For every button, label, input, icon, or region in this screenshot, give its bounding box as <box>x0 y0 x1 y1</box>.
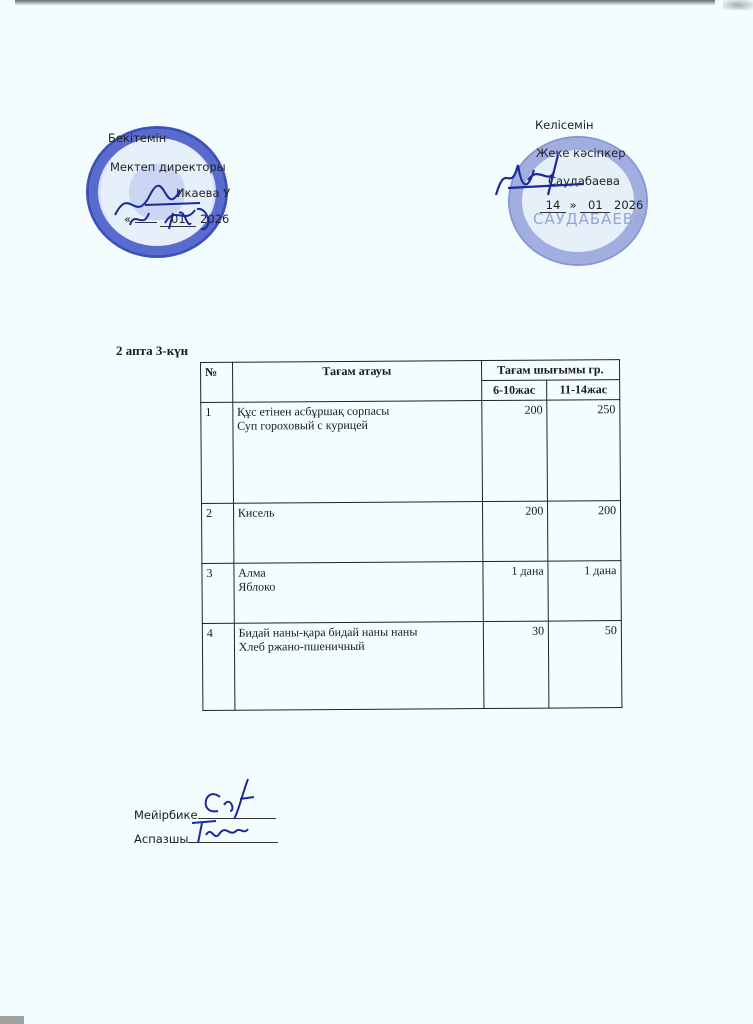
dish-name-ru: Суп гороховый с курицей <box>237 417 477 433</box>
date-day <box>135 222 157 223</box>
table-row: 4 Бидай наны-қара бидай наны наны Хлеб р… <box>202 621 622 711</box>
page-subtitle: 2 апта 3-күн <box>116 343 188 359</box>
approval-position: Мектеп директоры <box>110 160 226 174</box>
yield-6-10: 200 <box>482 501 548 561</box>
header-number: № <box>201 362 233 402</box>
yield-6-10: 30 <box>483 621 549 708</box>
menu-table: № Тағам атауы Тағам шығымы гр. 6-10жас 1… <box>200 359 622 711</box>
nurse-signature-row: Мейірбике <box>134 808 278 832</box>
dish-name-ru: Хлеб ржано-пшеничный <box>239 638 479 654</box>
date-day: 14 <box>540 198 566 213</box>
approval-title: Бекітемін <box>108 131 166 145</box>
header-age-6-10: 6-10жас <box>481 380 547 400</box>
scan-artifact <box>723 0 753 10</box>
scan-edge <box>15 0 715 5</box>
nurse-label: Мейірбике <box>134 808 198 822</box>
header-dish-name: Тағам атауы <box>232 361 481 403</box>
dish-name: Алма Яблоко <box>234 562 483 624</box>
footer-signatures: Мейірбике Аспазшы <box>134 808 278 856</box>
date-sep: » <box>570 198 577 212</box>
dish-name: Бидай наны-қара бидай наны наны Хлеб ржа… <box>234 622 484 711</box>
nurse-signature-line <box>198 818 276 819</box>
header-yield: Тағам шығымы гр. <box>481 360 619 381</box>
agreement-title: Келісемін <box>535 118 594 132</box>
date-prefix: « <box>124 212 131 226</box>
cook-signature-row: Аспазшы <box>134 832 278 856</box>
agreement-name: Саудабаева <box>548 174 620 188</box>
date-month: 01 <box>580 198 610 213</box>
table-row: 2 Кисель 200 200 <box>201 501 620 564</box>
cook-signature-line <box>188 842 278 843</box>
dish-name: Кисель <box>233 502 482 564</box>
date-month: 01 <box>160 212 196 227</box>
approval-date: « 01 2026 <box>124 212 229 227</box>
approval-name: Икаева У <box>176 186 230 200</box>
date-year: 2026 <box>614 198 643 212</box>
header-age-11-14: 11-14жас <box>547 380 620 401</box>
table-row: 3 Алма Яблоко 1 дана 1 дана <box>202 561 621 624</box>
yield-11-14: 200 <box>548 501 621 562</box>
dish-name-kz: Кисель <box>238 504 478 520</box>
row-number: 4 <box>202 623 234 710</box>
yield-11-14: 50 <box>549 621 622 709</box>
dish-name-ru: Яблоко <box>238 578 478 594</box>
agreement-date: 14 » 01 2026 <box>540 198 643 213</box>
yield-11-14: 250 <box>547 400 620 502</box>
cook-label: Аспазшы <box>134 832 188 846</box>
date-year: 2026 <box>200 212 229 226</box>
row-number: 2 <box>201 503 233 563</box>
scan-artifact <box>0 1016 24 1024</box>
row-number: 1 <box>201 402 233 503</box>
table-row: 1 Құс етінен асбұршақ сорпасы Суп горохо… <box>201 400 621 504</box>
yield-6-10: 200 <box>481 400 547 501</box>
yield-6-10: 1 дана <box>483 561 549 621</box>
dish-name: Құс етінен асбұршақ сорпасы Суп гороховы… <box>233 401 483 504</box>
yield-11-14: 1 дана <box>548 561 621 622</box>
agreement-position: Жеке кәсіпкер <box>536 146 626 160</box>
row-number: 3 <box>202 563 234 623</box>
